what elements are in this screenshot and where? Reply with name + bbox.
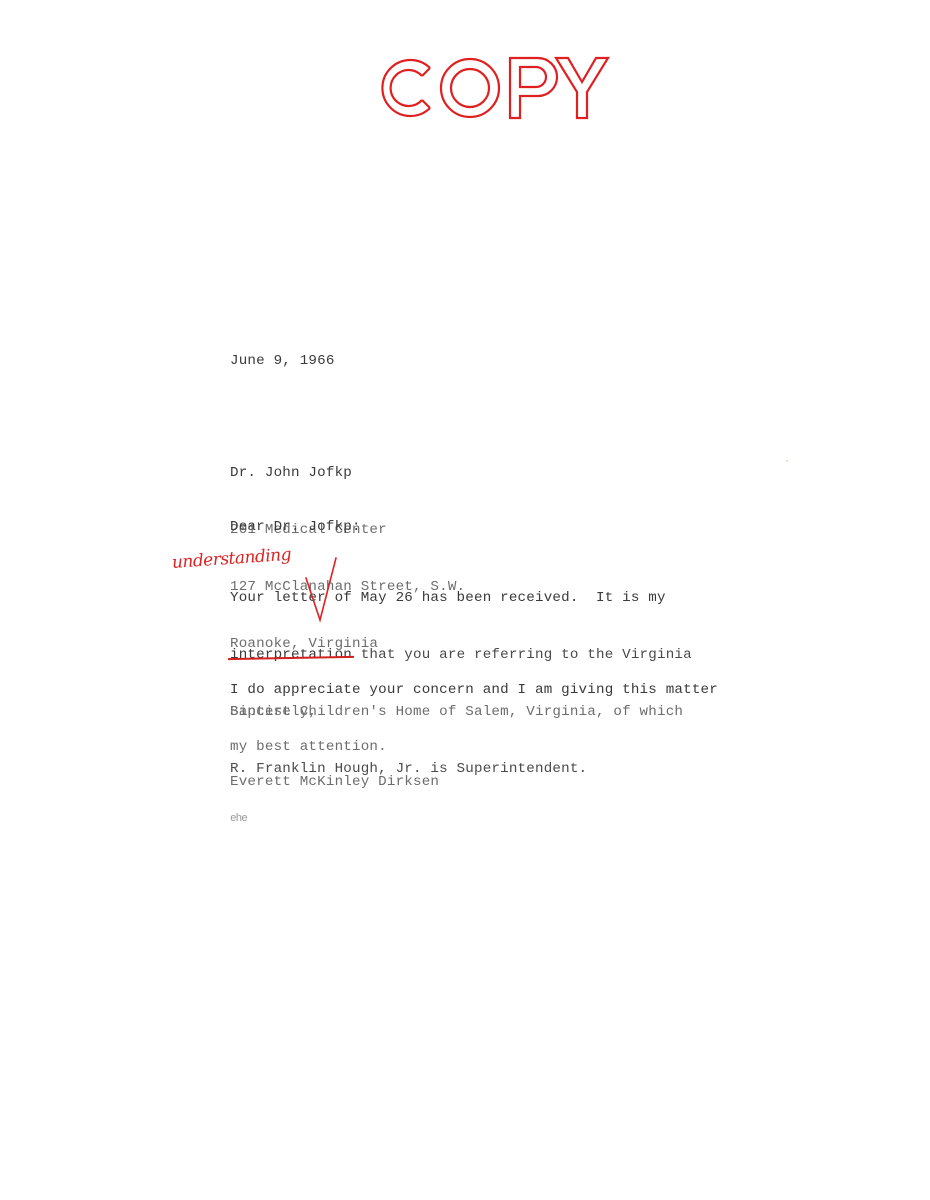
salutation: Dear Dr. Jofkp:: [230, 518, 361, 537]
copy-stamp: [378, 52, 614, 122]
paragraph2-line1: I do appreciate your concern and I am gi…: [230, 681, 718, 700]
copy-stamp-graphic: [378, 52, 614, 124]
closing: Sincerely,: [230, 703, 317, 722]
letter-page: June 9, 1966 Dr. John Jofkp 201 Medical …: [0, 0, 930, 1200]
recipient-name: Dr. John Jofkp: [230, 464, 465, 483]
signature-name: Everett McKinley Dirksen: [230, 773, 439, 792]
paper-speck: [786, 460, 788, 462]
paragraph1-line1: Your letter of May 26 has been received.…: [230, 589, 692, 608]
typist-initials: ehe: [230, 810, 247, 829]
letter-date: June 9, 1966: [230, 352, 335, 371]
paragraph2-line2: my best attention.: [230, 738, 718, 757]
